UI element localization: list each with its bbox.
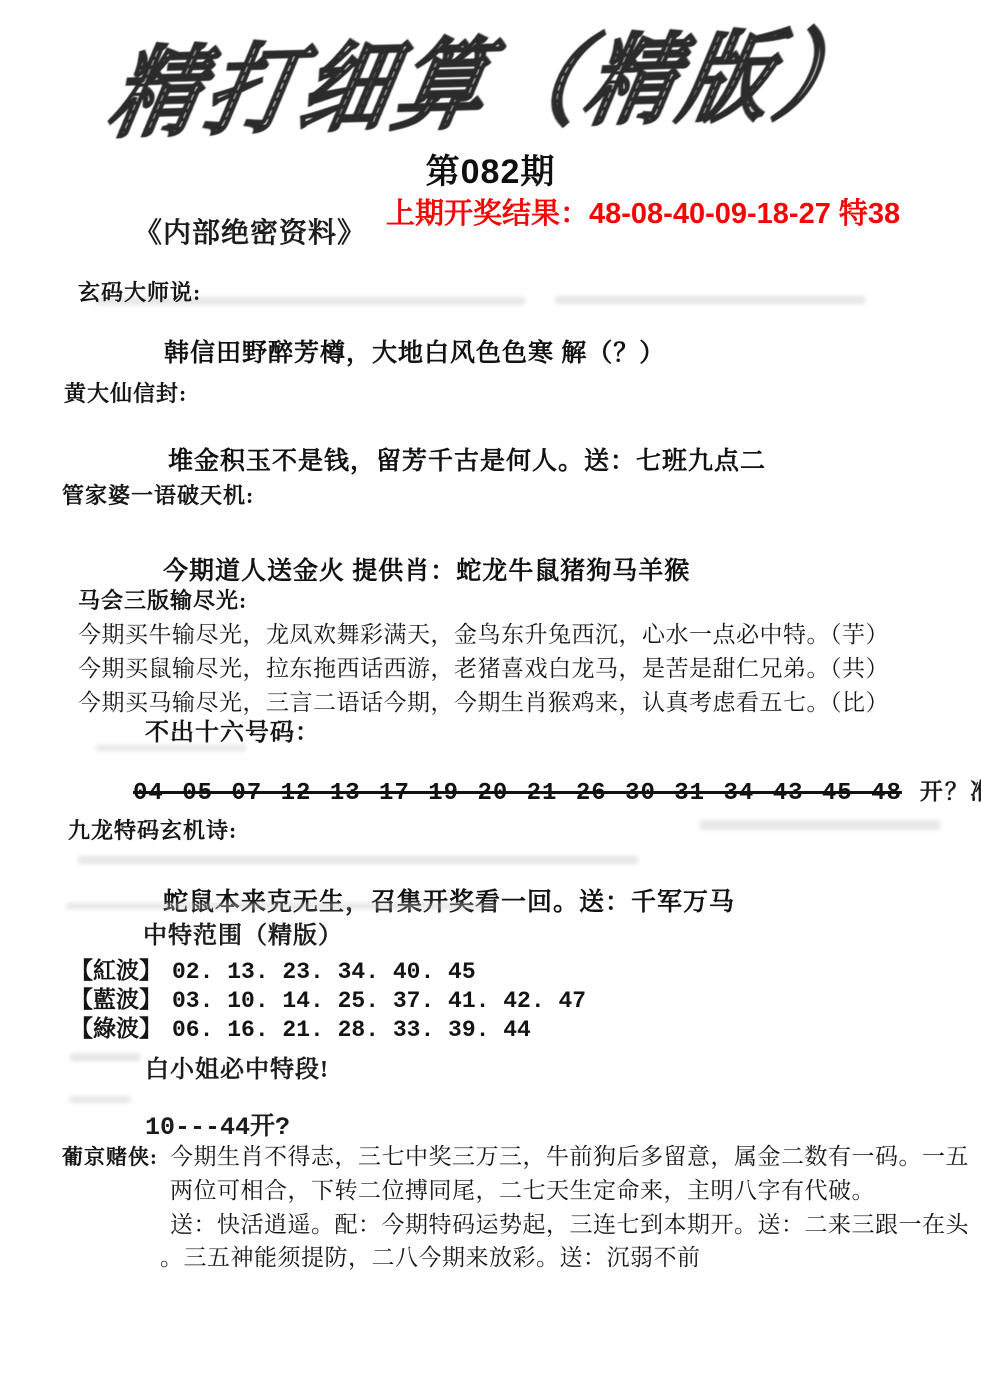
baixiaojie-range: 10---44开?	[145, 1106, 290, 1142]
erased-text-smudge	[96, 745, 246, 751]
mahui-line: 今期买鼠输尽光，拉东拖西话西游，老猪喜戏白龙马，是苦是甜仁兄弟。（共）	[78, 650, 889, 683]
section-label-jiulong: 九龙特码玄机诗:	[68, 814, 237, 845]
erased-text-smudge	[70, 1053, 140, 1061]
erased-text-smudge	[70, 1096, 130, 1103]
special-range-title: 中特范围（精版）	[143, 915, 343, 950]
pujing-line: 两位可相合，下转二位搏同尾，二七天生定命来，主明八字有代破。	[170, 1172, 875, 1205]
section-label-master: 玄码大师说:	[78, 276, 201, 307]
verdict-text: 开？准	[920, 779, 981, 804]
erased-text-smudge	[700, 820, 940, 830]
tip-sheet-page: 精打细算（精版） 第082期 上期开奖结果：48-08-40-09-18-27 …	[0, 0, 981, 1388]
section-label-housekeeper: 管家婆一语破天机:	[62, 479, 254, 510]
section-label-envelope: 黄大仙信封:	[64, 377, 187, 408]
section-label-mahui: 马会三版输尽光:	[78, 584, 247, 615]
erased-text-smudge	[555, 296, 865, 304]
pujing-line: 今期生肖不得志，三七中奖三万三，牛前狗后多留意，属金二数有一码。一五	[170, 1138, 969, 1171]
baixiaojie-headline: 白小姐必中特段!	[145, 1049, 329, 1084]
wave-numbers-green: 06. 16. 21. 28. 33. 39. 44	[172, 1017, 531, 1043]
housekeeper-poem: 今期道人送金火 提供肖：蛇龙牛鼠猪狗马羊猴	[163, 551, 690, 587]
envelope-poem: 堆金积玉不是钱，留芳千古是何人。送：七班九点二	[168, 441, 766, 477]
section-label-sixteen-numbers: 不出十六号码：	[145, 712, 320, 747]
wave-label-blue: 【藍波】	[70, 987, 162, 1012]
wave-label-green: 【綠波】	[70, 1016, 162, 1041]
last-draw-result: 上期开奖结果：48-08-40-09-18-27 特38	[386, 191, 900, 232]
subtitle-secret-material: 《内部绝密资料》	[134, 211, 366, 251]
masthead-calligraphy: 精打细算（精版）	[96, 0, 840, 150]
wave-row-green: 【綠波】06. 16. 21. 28. 33. 39. 44	[70, 1010, 531, 1043]
erased-text-smudge	[78, 856, 638, 864]
mahui-line: 今期买牛输尽光，龙凤欢舞彩满天，金鸟东升兔西沉，心水一点必中特。（芋）	[78, 616, 889, 649]
erased-text-smudge	[66, 903, 496, 909]
pujing-line: 送：快活逍遥。配：今期特码运势起，三连七到本期开。送：二来三跟一在头	[170, 1206, 969, 1239]
issue-number: 第082期	[0, 144, 981, 193]
excluded-numbers-row: 04 05 07 12 13 17 19 20 21 26 30 31 34 4…	[133, 773, 981, 807]
struck-number-list: 04 05 07 12 13 17 19 20 21 26 30 31 34 4…	[133, 780, 902, 807]
wave-label-red: 【紅波】	[70, 958, 162, 983]
jiulong-poem: 蛇鼠本来克无生，召集开奖看一回。送：千军万马	[163, 882, 735, 918]
pujing-line: 。三五神能须提防，二八今期来放彩。送：沉弱不前	[160, 1239, 701, 1272]
master-poem: 韩信田野醉芳樽，大地白风色色寒 解（？）	[164, 333, 665, 369]
section-label-pujing: 葡京赌侠:	[62, 1141, 158, 1171]
